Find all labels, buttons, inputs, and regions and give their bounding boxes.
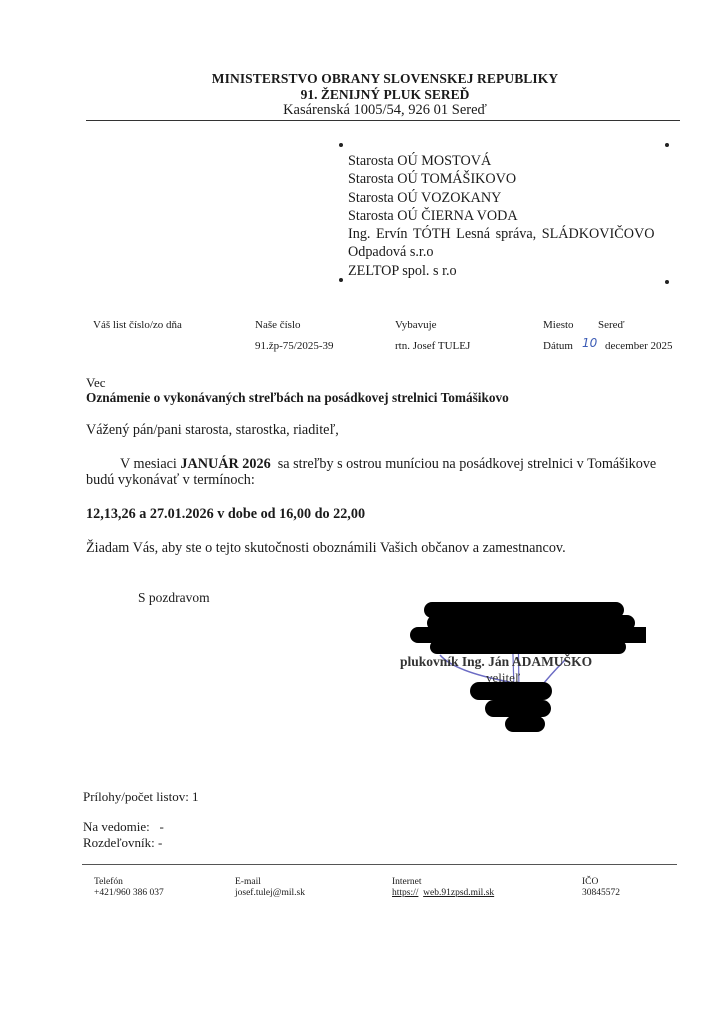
month-highlight: JANUÁR 2026: [180, 456, 270, 472]
internet-prefix-link[interactable]: https://: [392, 888, 418, 898]
address-corner-mark: [339, 278, 343, 282]
recipient: Starosta OÚ ČIERNA VODA: [348, 207, 654, 225]
ico-value: 30845572: [582, 888, 620, 899]
attachments-count: Prílohy/počet listov: 1: [83, 789, 199, 805]
para-text: V mesiaci: [120, 456, 180, 472]
phone-value: +421/960 386 037: [94, 888, 164, 899]
handwritten-date-day: 10: [582, 336, 597, 350]
footer-email: E-mail josef.tulej@mil.sk: [235, 877, 305, 899]
footer-internet: Internet https:// web.91zpsd.mil.sk: [392, 877, 494, 899]
email-label: E-mail: [235, 877, 305, 888]
redaction-bar: [485, 700, 551, 717]
address-corner-mark: [665, 143, 669, 147]
redaction-bar: [430, 640, 626, 654]
redaction-bar: [470, 682, 552, 700]
distribution-line: Rozdeľovník: -: [83, 835, 164, 851]
para-text: sa streľby s ostrou muníciou na posádkov…: [271, 456, 657, 472]
your-letter-label: Váš list číslo/zo dňa: [93, 315, 182, 336]
ico-label: IČO: [582, 877, 620, 888]
letterhead-unit: 91. ŽENIJNÝ PLUK SEREĎ: [0, 87, 724, 103]
recipient: Starosta OÚ VOZOKANY: [348, 189, 654, 207]
subject-label: Vec: [86, 375, 106, 391]
recipient: Odpadová s.r.o: [348, 243, 654, 261]
handled-by-value: rtn. Josef TULEJ: [395, 336, 470, 357]
recipient: Starosta OÚ MOSTOVÁ: [348, 152, 654, 170]
cc-block: Na vedomie: - Rozdeľovník: -: [83, 819, 164, 851]
closing-salutation: S pozdravom: [138, 590, 210, 606]
our-number-label: Naše číslo: [255, 315, 301, 336]
address-corner-mark: [339, 143, 343, 147]
recipient: Ing. Ervín TÓTH Lesná správa, SLÁDKOVIČO…: [348, 225, 654, 243]
email-value[interactable]: josef.tulej@mil.sk: [235, 888, 305, 899]
signatory-name: plukovník Ing. Ján ADAMUŠKO: [400, 654, 592, 670]
address-corner-mark: [665, 280, 669, 284]
header-divider: [86, 120, 680, 121]
date-value: december 2025: [605, 336, 673, 357]
redaction-bar: [505, 716, 545, 732]
internet-link[interactable]: web.91zpsd.mil.sk: [423, 888, 494, 898]
internet-label: Internet: [392, 877, 494, 888]
subject-title: Oznámenie o vykonávaných streľbách na po…: [86, 390, 509, 406]
recipient: ZELTOP spol. s r.o: [348, 262, 654, 280]
letterhead-address: Kasárenská 1005/54, 926 01 Sereď: [0, 102, 724, 119]
phone-label: Telefón: [94, 877, 164, 888]
cc-line: Na vedomie: -: [83, 819, 164, 835]
footer-phone: Telefón +421/960 386 037: [94, 877, 164, 899]
footer-ico: IČO 30845572: [582, 877, 620, 899]
date-label: Dátum: [543, 336, 573, 357]
place-label: Miesto: [543, 315, 574, 336]
request-text: Žiadam Vás, aby ste o tejto skutočnosti …: [86, 540, 566, 557]
handled-by-label: Vybavuje: [395, 315, 437, 336]
letterhead-ministry: MINISTERSTVO OBRANY SLOVENSKEJ REPUBLIKY: [0, 71, 724, 87]
our-number-value: 91.žp-75/2025-39: [255, 336, 334, 357]
body-paragraph: V mesiaci JANUÁR 2026 sa streľby s ostro…: [120, 456, 656, 473]
place-value: Sereď: [598, 315, 625, 336]
recipient: Starosta OÚ TOMÁŠIKOVO: [348, 170, 654, 188]
firing-dates: 12,13,26 a 27.01.2026 v dobe od 16,00 do…: [86, 506, 365, 523]
footer-divider: [82, 864, 677, 865]
greeting: Vážený pán/pani starosta, starostka, ria…: [86, 422, 339, 439]
recipient-list: Starosta OÚ MOSTOVÁ Starosta OÚ TOMÁŠIKO…: [348, 152, 654, 280]
body-paragraph-continued: budú vykonávať v termínoch:: [86, 472, 255, 489]
